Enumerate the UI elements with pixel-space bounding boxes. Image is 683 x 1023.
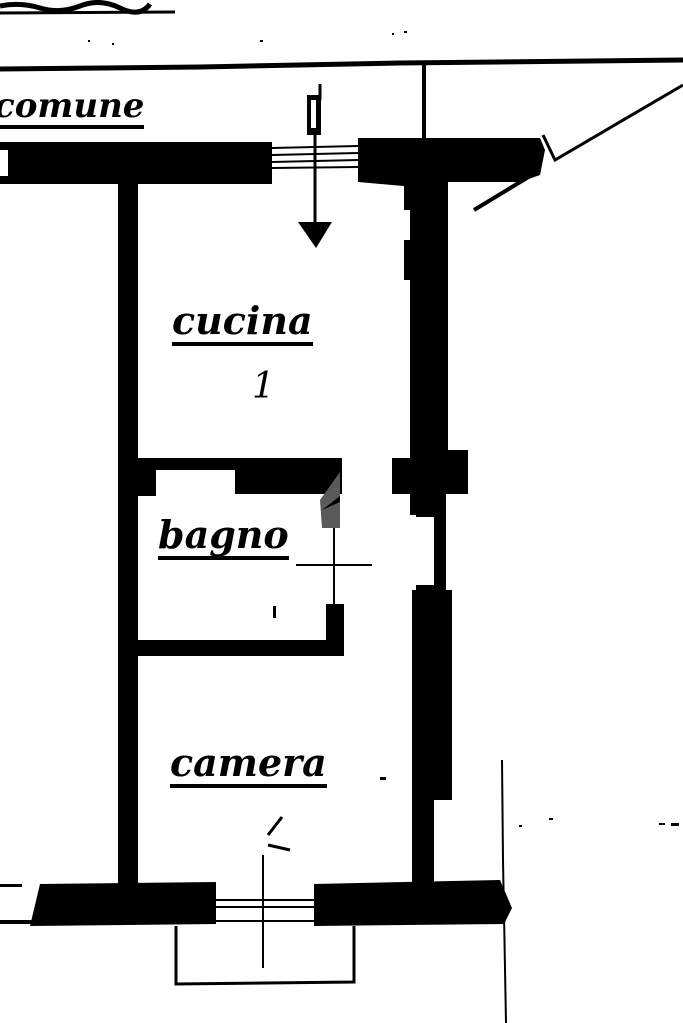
wall-bottom-left xyxy=(30,882,216,926)
bottom-opening-window xyxy=(216,855,314,968)
bagno-wall-right-lower xyxy=(326,604,344,654)
scan-specks xyxy=(88,31,407,45)
title-fragment xyxy=(0,2,175,13)
common-area-text: comune xyxy=(0,89,144,129)
entrance-arrow-icon xyxy=(298,84,332,248)
bagno-mark xyxy=(273,606,276,618)
camera-mark xyxy=(268,817,282,835)
room-label-cucina: cucina xyxy=(172,298,313,346)
bagno-wall-bottom xyxy=(138,640,344,656)
common-area-label: comune xyxy=(0,86,144,129)
left-edge-tick xyxy=(380,777,386,780)
corridor-top-line xyxy=(0,60,683,69)
external-dimension-line xyxy=(502,760,506,1023)
room-name-camera: camera xyxy=(170,744,327,788)
room-name-cucina: cucina xyxy=(172,302,313,346)
bagno-wall-top-thick xyxy=(235,458,342,494)
balcony-outline xyxy=(176,926,354,984)
room-number-cucina-text: 1 xyxy=(252,366,275,407)
room-name-bagno: bagno xyxy=(158,516,289,560)
floor-plan xyxy=(0,0,683,1023)
wall-top-left xyxy=(0,142,272,184)
wall-bottom-left-line xyxy=(0,920,40,924)
camera-mark-2 xyxy=(268,845,290,850)
room-label-camera: camera xyxy=(170,740,327,788)
bagno-wall-left-stub xyxy=(138,458,156,496)
room-label-bagno: bagno xyxy=(158,512,289,560)
wall-bottom-right xyxy=(314,880,512,926)
wall-bottom-left-stub xyxy=(0,884,22,887)
dimension-ticks xyxy=(519,818,679,827)
angled-boundary-line xyxy=(543,85,683,160)
right-wall-window xyxy=(416,517,434,585)
wall-left-stub xyxy=(0,150,8,176)
wall-left xyxy=(118,182,138,890)
room-number-cucina: 1 xyxy=(252,366,275,407)
